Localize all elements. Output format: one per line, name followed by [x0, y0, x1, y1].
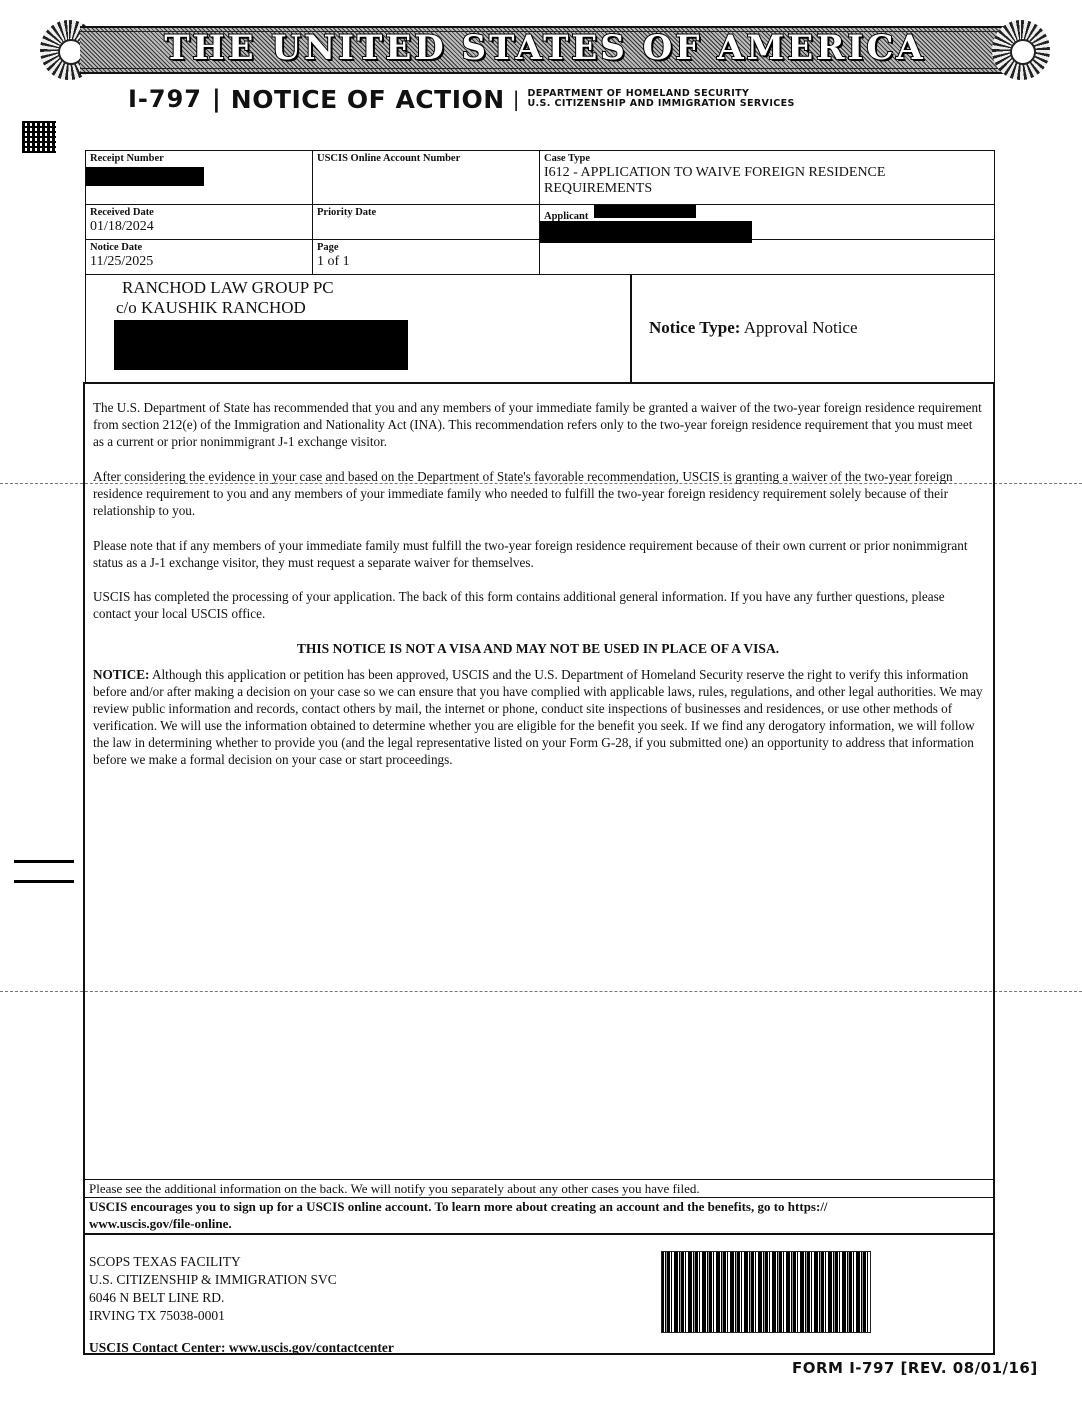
- title-separator: |: [212, 85, 221, 113]
- fold-mark: [14, 860, 74, 863]
- online-account-cell: USCIS Online Account Number: [312, 150, 540, 205]
- notice-date-label: Notice Date: [90, 241, 308, 254]
- received-date-value: 01/18/2024: [90, 219, 308, 235]
- datamatrix-code-icon: [22, 121, 56, 153]
- form-revision: FORM I-797 [REV. 08/01/16]: [792, 1359, 1038, 1377]
- notice-body: NOTICE: Although this application or pet…: [93, 666, 983, 768]
- notice-body: Please note that if any members of your …: [93, 537, 983, 571]
- agency-line: U.S. CITIZENSHIP AND IMMIGRATION SERVICE…: [527, 99, 794, 109]
- additional-info-text: Please see the additional information on…: [89, 1181, 700, 1196]
- received-date-cell: Received Date 01/18/2024: [85, 204, 313, 240]
- online-account-text: USCIS encourages you to sign up for a US…: [89, 1198, 989, 1215]
- notice-type: Notice Type: Approval Notice: [649, 318, 858, 338]
- case-type-value: I612 - APPLICATION TO WAIVE FOREIGN RESI…: [544, 165, 924, 197]
- applicant-id-redacted: [540, 221, 752, 243]
- notice-type-value: Approval Notice: [744, 318, 858, 337]
- return-address: SCOPS TEXAS FACILITY U.S. CITIZENSHIP & …: [89, 1253, 337, 1325]
- visa-warning: THIS NOTICE IS NOT A VISA AND MAY NOT BE…: [93, 640, 983, 657]
- applicant-cell: Applicant: [539, 204, 995, 240]
- notice-body: The U.S. Department of State has recomme…: [93, 399, 983, 450]
- notice-of-action-title: NOTICE OF ACTION: [231, 85, 505, 114]
- receipt-number-label: Receipt Number: [90, 152, 308, 165]
- body-paragraph-1: The U.S. Department of State has recomme…: [93, 399, 983, 450]
- notice-body: After considering the evidence in your c…: [93, 468, 983, 519]
- body-paragraph-2: After considering the evidence in your c…: [93, 468, 983, 519]
- online-account-link[interactable]: www.uscis.gov/file-online.: [89, 1215, 989, 1232]
- return-address-line: SCOPS TEXAS FACILITY: [89, 1253, 337, 1271]
- online-account-label: USCIS Online Account Number: [317, 152, 535, 165]
- notice-type-label: Notice Type:: [649, 318, 740, 337]
- return-address-line: 6046 N BELT LINE RD.: [89, 1289, 337, 1307]
- addressee-line1: RANCHOD LAW GROUP PC: [122, 277, 334, 298]
- rosette-ornament-icon: [992, 20, 1050, 80]
- addressee-address-redacted: [114, 320, 408, 370]
- notice-date-value: 11/25/2025: [90, 254, 308, 270]
- body-paragraph-3: Please note that if any members of your …: [93, 537, 983, 571]
- form-number: I-797: [128, 85, 202, 113]
- empty-cell: [539, 239, 995, 275]
- banner-title: THE UNITED STATES OF AMERICA: [40, 24, 1050, 72]
- form-title-line: I-797 | NOTICE OF ACTION | DEPARTMENT OF…: [128, 84, 795, 114]
- applicant-name-redacted: [594, 205, 696, 218]
- receipt-number-cell: Receipt Number: [85, 150, 313, 205]
- addressee-cell: RANCHOD LAW GROUP PC c/o KAUSHIK RANCHOD: [85, 274, 632, 383]
- contact-center[interactable]: USCIS Contact Center: www.uscis.gov/cont…: [89, 1339, 394, 1356]
- notice-type-cell: Notice Type: Approval Notice: [630, 274, 995, 383]
- receipt-number-redacted: [86, 167, 204, 186]
- notice-body-box: Please see the additional information on…: [83, 382, 995, 1355]
- us-banner: THE UNITED STATES OF AMERICA: [40, 20, 1050, 80]
- title-separator: |: [513, 87, 520, 111]
- page-cell: Page 1 of 1: [312, 239, 540, 275]
- addressee-line2: c/o KAUSHIK RANCHOD: [116, 297, 306, 318]
- notice-date-cell: Notice Date 11/25/2025: [85, 239, 313, 275]
- priority-date-label: Priority Date: [317, 206, 535, 219]
- notice-body: USCIS has completed the processing of yo…: [93, 588, 983, 622]
- body-paragraph-4: USCIS has completed the processing of yo…: [93, 588, 983, 622]
- page-label: Page: [317, 241, 535, 254]
- return-address-line: U.S. CITIZENSHIP & IMMIGRATION SVC: [89, 1271, 337, 1289]
- verification-notice-label: NOTICE:: [93, 667, 149, 682]
- return-address-line: IRVING TX 75038-0001: [89, 1307, 337, 1325]
- department-name: DEPARTMENT OF HOMELAND SECURITY U.S. CIT…: [527, 89, 794, 109]
- additional-info-row: Please see the additional information on…: [85, 1179, 993, 1198]
- verification-notice: NOTICE: Although this application or pet…: [93, 666, 983, 768]
- verification-notice-text: Although this application or petition ha…: [93, 667, 983, 767]
- case-type-cell: Case Type I612 - APPLICATION TO WAIVE FO…: [539, 150, 995, 205]
- barcode-icon: [661, 1251, 871, 1333]
- fold-mark: [14, 880, 74, 883]
- received-date-label: Received Date: [90, 206, 308, 219]
- return-address-row: SCOPS TEXAS FACILITY U.S. CITIZENSHIP & …: [85, 1233, 993, 1355]
- priority-date-cell: Priority Date: [312, 204, 540, 240]
- online-account-row: USCIS encourages you to sign up for a US…: [85, 1197, 993, 1234]
- case-type-label: Case Type: [544, 152, 990, 165]
- page-value: 1 of 1: [317, 254, 535, 270]
